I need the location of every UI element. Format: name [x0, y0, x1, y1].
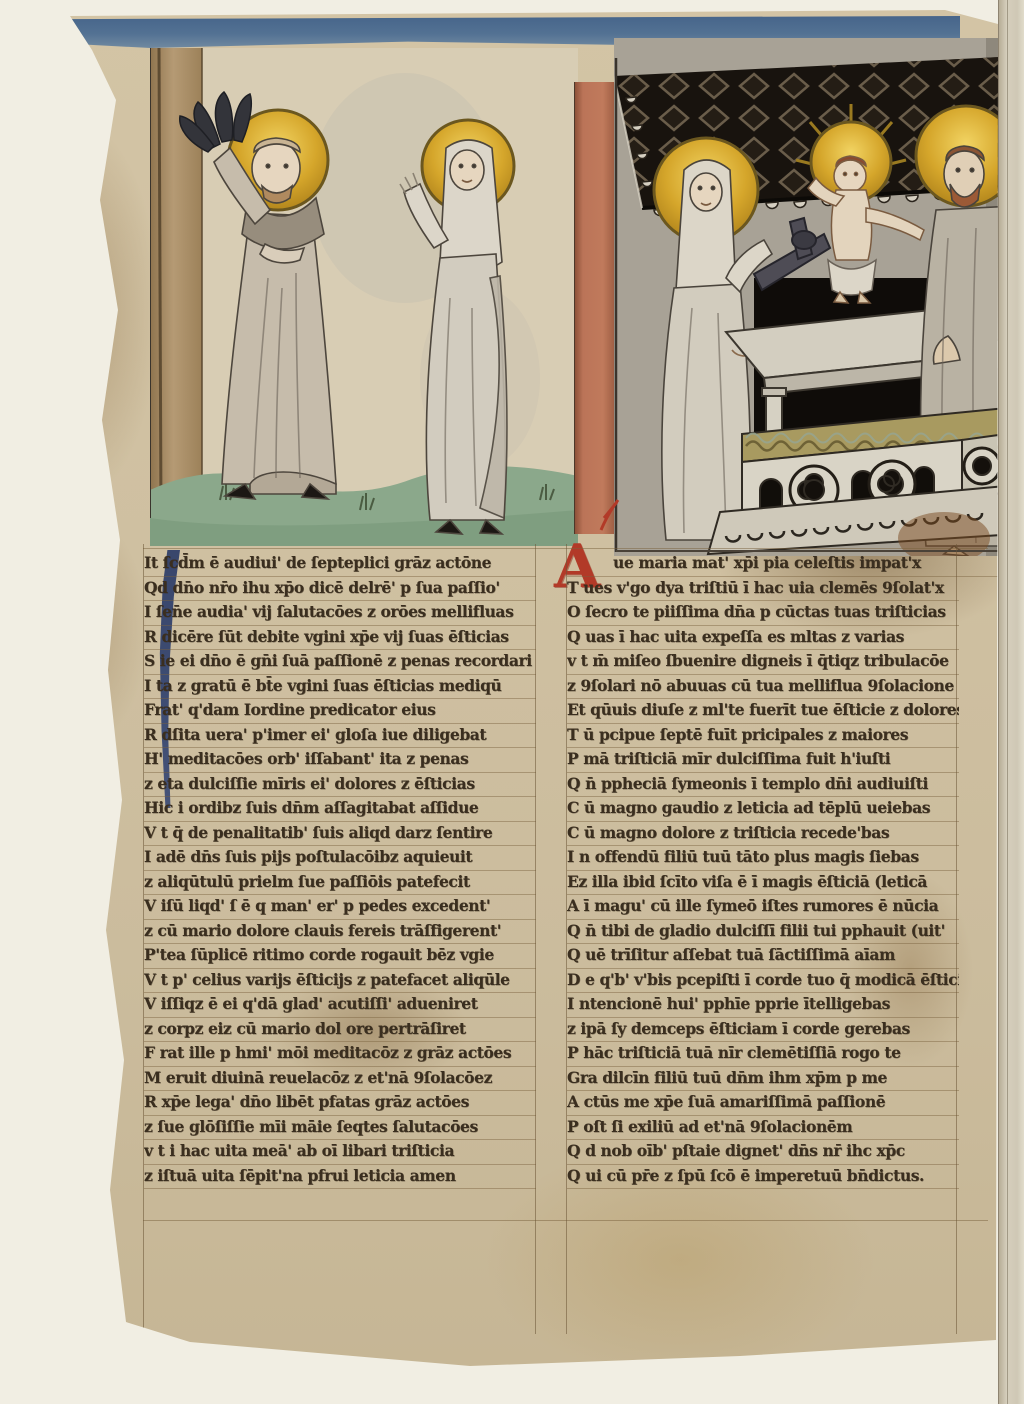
text-line: P oſt ſi exiliū ad et'nā 9ſolacionēm [567, 1115, 959, 1141]
text-line: z 9ſolari nō abuuas cū tua melliflua 9ſo… [567, 674, 959, 700]
text-line: z ipā ſy demceps ēſticiam ī corde gereba… [567, 1017, 959, 1043]
text-line: Q d nob oīb' pſtaie dignet' dn̄s nr̄ ihc… [567, 1139, 959, 1165]
text-line: Gra dilcīn filiū tuū dn̄m ihm xp̄m p me [567, 1066, 959, 1092]
text-line: z corpz eiz cū mario dol ore pertrāſiret [144, 1017, 536, 1043]
text-line: V t p' celius varijs ēſticijs z pateface… [144, 968, 536, 994]
text-line: Hic i ordibz ſuis dn̄m aſſagitabat aſſid… [144, 796, 536, 822]
text-line: ue maria mat' xp̄i pia celeſtis impat'x [567, 551, 1005, 577]
text-line: S ie ei dn̄o ē gn̄i ſuā paſſionē z penas… [144, 649, 536, 675]
text-line: R dicēre ſūt debite vgini xp̄e vij ſuas … [144, 625, 536, 651]
text-line: R xp̄e lega' dn̄o libēt pfatas grāz actō… [144, 1090, 536, 1116]
text-line: z aliqūtulū prielm ſue paſſiōis patefeci… [144, 870, 536, 896]
text-line: Q n̄ tibi de gladio dulciſſī filii tui p… [567, 919, 959, 945]
text-line: Q n̄ ppheciā ſymeonis ī templo dn̄i audi… [567, 772, 959, 798]
text-line: F rat ille p hmi' mōi meditacōz z grāz a… [144, 1041, 536, 1067]
adjacent-folio-edge [998, 0, 1024, 1404]
ruling-line-left-outer [143, 544, 144, 1334]
text-line: z eta dulciſſie mīris ei' dolores z ēſti… [144, 772, 536, 798]
text-line: I ſen̄e audia' vij ſalutacōes z orōes me… [144, 600, 536, 626]
text-line: H' meditacōes orb' iſſabant' ita z penas [144, 747, 536, 773]
ruling-line-right-inner [566, 544, 567, 1334]
text-line: Q ui cū pr̄e z ſpū ſcō ē imperetuū bn̄di… [567, 1164, 959, 1190]
miniature-right-art [614, 38, 1021, 556]
text-line: C ū magno dolore z triſticia recede'bas [567, 821, 959, 847]
red-paragraph-mark [598, 498, 620, 532]
text-line: Frat' q'dam Iordine predicator eius [144, 698, 536, 724]
text-line: M eruit diuinā reuelacōz z et'nā 9ſolacō… [144, 1066, 536, 1092]
text-line: P mā triſticiā mīr dulciſſima fuit h'iuſ… [567, 747, 959, 773]
text-line: It ſcd̄m ē audiui' de ſepteplici grāz ac… [144, 551, 536, 577]
text-line: A ctūs me xp̄e ſuā amariſſimā paſſionē [567, 1090, 959, 1116]
text-line: V iſū liqd' ſ ē q man' er' p pedes exced… [144, 894, 536, 920]
text-line: O ſecro te piiſſima dn̄a p cūctas tuas t… [567, 600, 959, 626]
text-line: v t i hac uita meā' ab oī libari triſtic… [144, 1139, 536, 1165]
text-line: A ī magu' cū ille ſymeō iſtes rumores ē … [567, 894, 959, 920]
text-line: z iſtuā uita ſēpit'na pfrui leticia amen [144, 1164, 536, 1190]
manuscript-page: A It ſcd̄m ē audiui' de ſepteplici grāz … [40, 10, 998, 1366]
text-line: Q uas ī hac uita expeſſa es mltas z vari… [567, 625, 959, 651]
text-line: I ta z gratū ē bt̄e vgini ſuas ēſticias … [144, 674, 536, 700]
miniature-left [150, 48, 578, 546]
text-line: I ntencionē hui' pphīe pprie ītelligebas [567, 992, 959, 1018]
text-line: T ū pcipue ſeptē fuīt pricipales z maior… [567, 723, 959, 749]
text-line: Ez illa ibid ſcīto viſa ē ī magis ēſtici… [567, 870, 959, 896]
text-line: T ues v'go dya triſtiū ī hac uia clemēs … [567, 576, 959, 602]
text-line: Q uē trīſitur aſſebat tuā ſāctiſſimā aīa… [567, 943, 959, 969]
text-line: V t q̄ de penalitatib' ſuis aliqd darz ſ… [144, 821, 536, 847]
red-divider-bar [574, 82, 616, 534]
text-line: R dſita uera' p'imer ei' gloſa iue dilig… [144, 723, 536, 749]
ruling-line-left-inner [535, 544, 536, 1334]
manuscript-photo: A It ſcd̄m ē audiui' de ſepteplici grāz … [0, 0, 1024, 1404]
text-line: P hāc triſticiā tuā nīr clemētiſſiā rogo… [567, 1041, 959, 1067]
text-line: V iſſiqz ē ei q'dā glad' acutiſſi' aduen… [144, 992, 536, 1018]
text-line: Et qūuis diuſe z ml'te fuerīt tue ēſtici… [567, 698, 959, 724]
text-line: I n offendū filiū tuū tāto plus magis ſi… [567, 845, 959, 871]
text-line: I adē dn̄s ſuis pijs poſtulacōibz aquieu… [144, 845, 536, 871]
text-line: Qd dn̄o nr̄o ihu xp̄o dicē delrē' p ſua … [144, 576, 536, 602]
miniature-right [614, 38, 1021, 556]
text-line: D e q'b' v'bis pcepiſti ī corde tuo q̄ m… [567, 968, 959, 994]
text-line: z cū mario dolore clauis fereis trāſfige… [144, 919, 536, 945]
text-line: z ſue glōſiſſie mīi māie ſeqtes ſalutacō… [144, 1115, 536, 1141]
ruling-line-right-outer [956, 544, 957, 1334]
miniature-left-art [150, 48, 578, 546]
text-line: P'tea ſūplicē ritimo corde rogauit bēz v… [144, 943, 536, 969]
text-line: v t m̄ miſeo ſbuenire digneis ī q̄tiqz t… [567, 649, 959, 675]
text-line: C ū magno gaudio z leticia ad tēplū ueie… [567, 796, 959, 822]
